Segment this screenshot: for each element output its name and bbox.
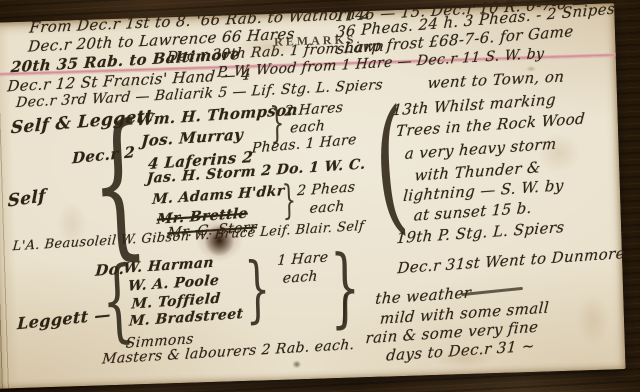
photo-of-ledger: REMARKS. From Dec.r 1st to 8. '66 Rab. t… — [0, 0, 640, 392]
brace-mark: { — [100, 254, 136, 347]
brace-mark: { — [87, 103, 150, 266]
brace-mark: } — [244, 252, 271, 325]
ledger-page: REMARKS. From Dec.r 1st to 8. '66 Rab. t… — [0, 3, 626, 389]
handwriting-line: Leggett — — [17, 306, 111, 333]
handwriting-line: went to Town, on — [427, 68, 565, 91]
handwriting-line: each — [282, 269, 318, 287]
handwriting-line: 1 Hare — [277, 250, 329, 269]
handwriting-line: each — [309, 200, 345, 218]
handwriting-line: 2 Pheas — [296, 180, 355, 199]
handwriting-line: Dec.r 31st Went to Dunmore — [397, 245, 626, 277]
handwriting-line: Jos. Murray — [141, 126, 244, 149]
handwriting-line: 2 Hares — [284, 101, 344, 120]
handwriting-line: Pheas. 1 Hare — [251, 133, 357, 157]
brace-mark: } — [282, 180, 297, 220]
handwriting-line: Self — [8, 187, 46, 211]
handwriting-layer: From Dec.r 1st to 8. '66 Rab. to Wathorn… — [0, 3, 626, 389]
brace-mark: } — [330, 244, 361, 331]
handwriting-line: M. Adams H'dkr — [152, 184, 285, 208]
brace-mark: } — [269, 102, 285, 144]
